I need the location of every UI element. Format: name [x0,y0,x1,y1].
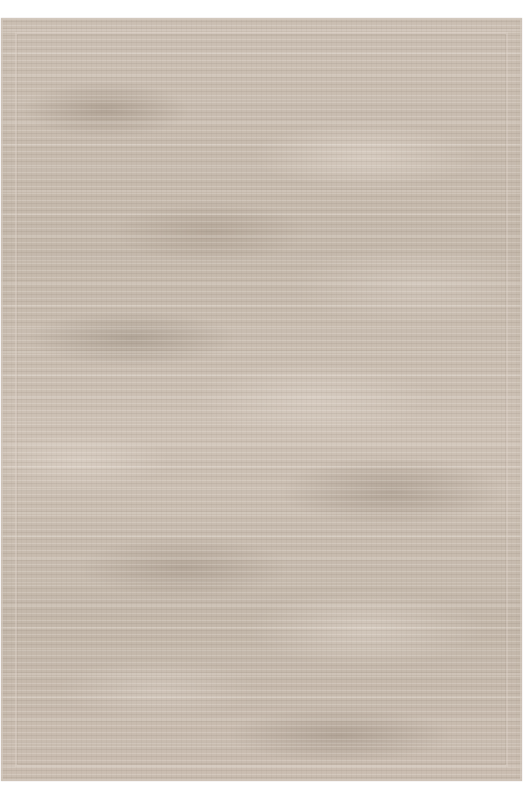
rug-warp-texture [1,18,522,781]
rug-image: Rectangular distressed viscose area rug … [1,18,522,781]
product-image-canvas: Rectangular distressed viscose area rug … [0,0,525,800]
